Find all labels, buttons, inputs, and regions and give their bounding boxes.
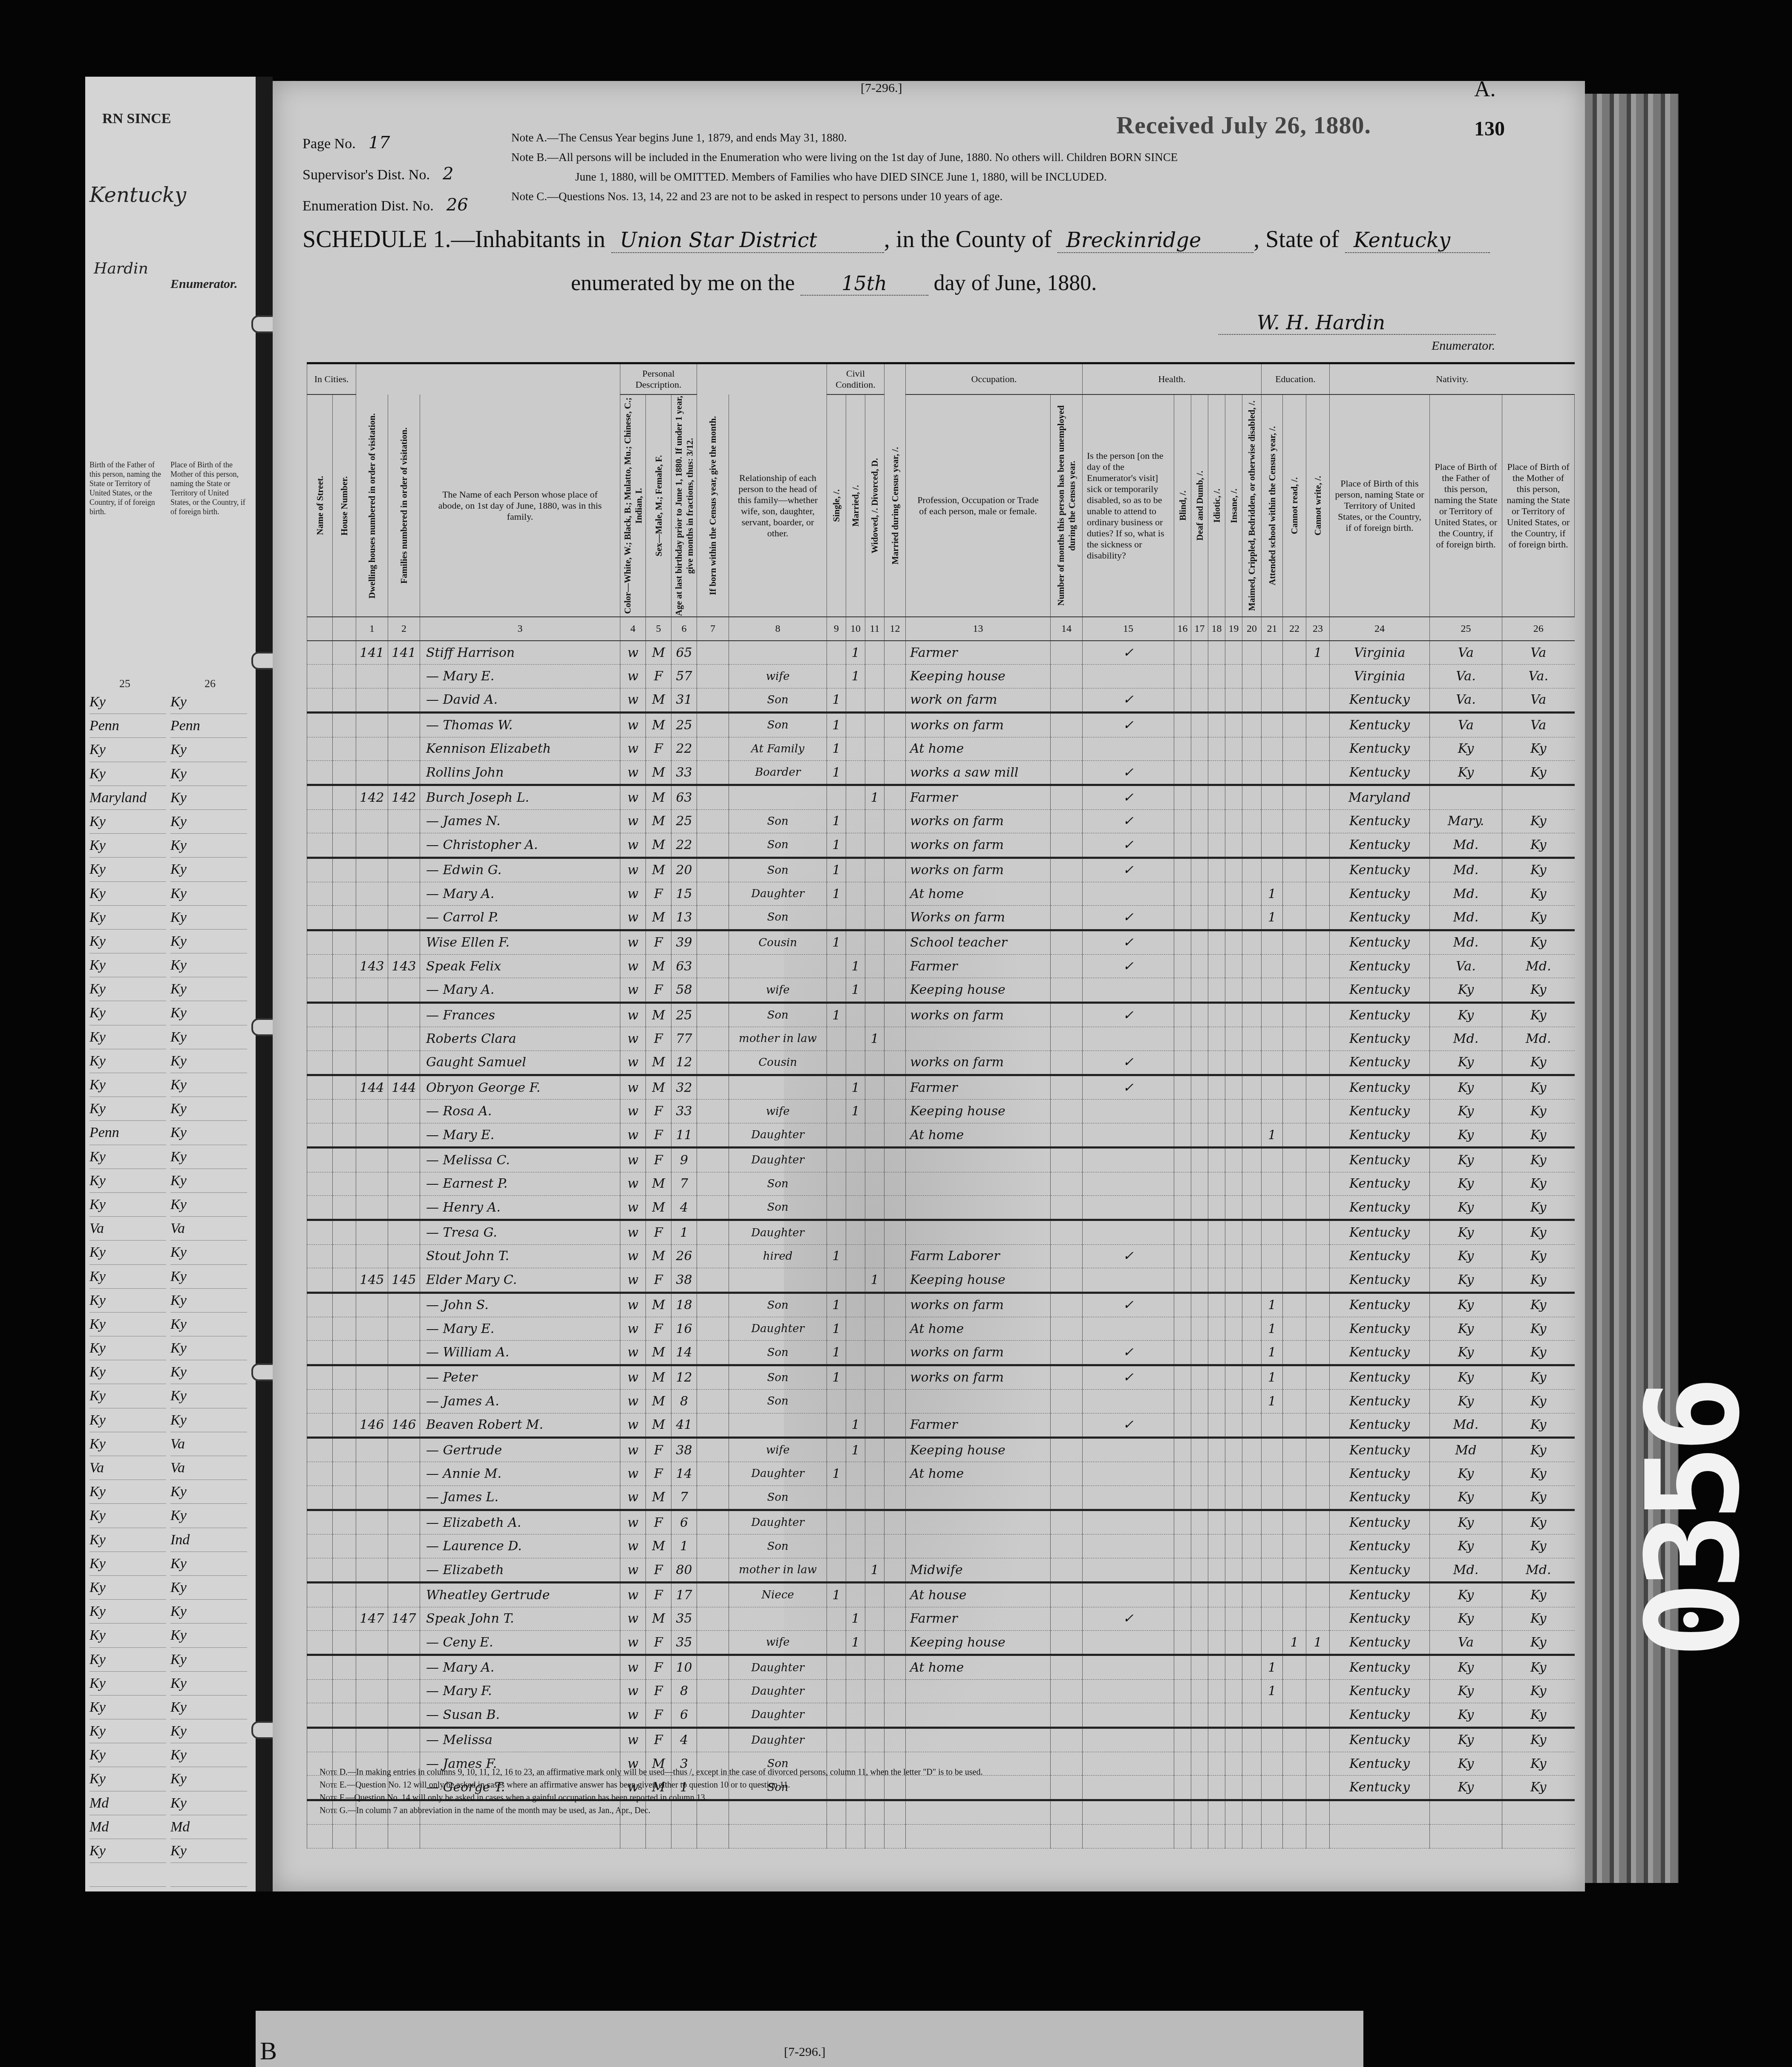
empty-cell (1242, 1123, 1262, 1147)
cell-mpob: Ky (1502, 1534, 1575, 1558)
empty-cell (1051, 1631, 1083, 1655)
empty-cell (1191, 1776, 1208, 1800)
cell-fam (388, 1051, 420, 1075)
cell-rel (729, 1607, 827, 1630)
cell-school (1262, 1100, 1283, 1123)
empty-cell (1208, 1607, 1225, 1630)
empty-cell (884, 1437, 906, 1462)
empty-cell (1208, 1195, 1225, 1220)
cell-single (827, 978, 846, 1002)
column-number: 13 (906, 617, 1051, 641)
empty-cell (1051, 955, 1083, 978)
cell-occ (906, 1727, 1051, 1752)
cell-single: 1 (827, 688, 846, 712)
empty-cell (307, 1534, 333, 1558)
cell-occ (906, 1679, 1051, 1703)
cell-school (1262, 1558, 1283, 1582)
empty-cell (307, 1365, 333, 1389)
empty-cell (333, 1148, 356, 1172)
cell-school (1262, 978, 1283, 1002)
cell-single (827, 785, 846, 809)
cell-sex: M (646, 1365, 671, 1389)
left-page-cell: Ky (89, 1696, 166, 1719)
empty-cell (1208, 1800, 1225, 1824)
cell-married (846, 1365, 865, 1389)
empty-cell (333, 760, 356, 785)
cell-pob: Kentucky (1330, 1437, 1430, 1462)
left-page-col25-header: Birth of the Father of this person, nami… (89, 460, 166, 516)
cell-pob: Kentucky (1330, 1051, 1430, 1075)
empty-cell (1174, 1510, 1191, 1534)
empty-cell (1208, 760, 1225, 785)
column-number: 26 (1502, 617, 1575, 641)
cell-sick: ✓ (1083, 1051, 1174, 1075)
cell-pob: Kentucky (1330, 833, 1430, 858)
empty-cell (1242, 1727, 1262, 1752)
cell-school (1262, 1727, 1283, 1752)
left-page-cell: Penn (89, 1121, 166, 1145)
column-number: 22 (1283, 617, 1306, 641)
column-number (307, 617, 333, 641)
cell-sick: ✓ (1083, 1365, 1174, 1389)
cell-rel (729, 955, 827, 978)
cell-single (827, 1268, 846, 1293)
empty-cell (1242, 1172, 1262, 1195)
column-number: 10 (846, 617, 865, 641)
cell-occ: Farmer (906, 1607, 1051, 1630)
cell-fpob: Ky (1430, 1365, 1502, 1389)
cell-single (827, 1825, 846, 1848)
cell-color: w (620, 1558, 646, 1582)
left-page-cell: Ky (170, 1504, 247, 1528)
empty-cell (697, 1485, 729, 1510)
column-header-row: Name of Street. House Number. Dwelling h… (307, 394, 1575, 617)
column-number: 18 (1208, 617, 1225, 641)
cell-school (1262, 1002, 1283, 1027)
empty-cell (333, 1220, 356, 1244)
cell-cr (1283, 1607, 1306, 1630)
cell-cr (1283, 641, 1306, 665)
census-row: — Mary E.wF16Daughter1At home1KentuckyKy… (307, 1317, 1575, 1340)
cell-sick: ✓ (1083, 930, 1174, 954)
empty-cell (1051, 1679, 1083, 1703)
left-page-cell: Ky (170, 953, 247, 977)
empty-cell (697, 1655, 729, 1679)
empty-cell (884, 1485, 906, 1510)
cell-mpob: Ky (1502, 1100, 1575, 1123)
cell-name: Burch Joseph L. (420, 785, 620, 809)
col-10: Married, /. (846, 394, 865, 617)
left-page-cell: Ky (170, 1336, 247, 1360)
census-row: — Mary A.wF58wife1Keeping houseKentuckyK… (307, 978, 1575, 1002)
cell-cw (1306, 760, 1330, 785)
empty-cell (333, 1583, 356, 1607)
empty-cell (1225, 713, 1242, 737)
cell-fam (388, 713, 420, 737)
column-number: 9 (827, 617, 846, 641)
col-12: Married during Census year, /. (884, 394, 906, 617)
cell-widowed (865, 1002, 884, 1027)
left-page-cell: Ky (89, 1624, 166, 1647)
cell-single (827, 1195, 846, 1220)
cell-occ: work on farm (906, 688, 1051, 712)
empty-cell (1208, 858, 1225, 882)
cell-age: 38 (671, 1437, 697, 1462)
cell-school (1262, 1220, 1283, 1244)
empty-cell (1242, 1631, 1262, 1655)
empty-cell (1191, 1631, 1208, 1655)
cell-widowed (865, 1148, 884, 1172)
left-page-cell: Ky (89, 1193, 166, 1217)
cell-occ: Works on farm (906, 906, 1051, 930)
cell-pob: Kentucky (1330, 1727, 1430, 1752)
cell-rel: Boarder (729, 760, 827, 785)
cell-sick: ✓ (1083, 833, 1174, 858)
empty-cell (884, 906, 906, 930)
left-page-cell: Ky (170, 1719, 247, 1743)
cell-fpob: Va (1430, 713, 1502, 737)
left-page-cell: Ky (170, 1193, 247, 1217)
cell-sick (1083, 737, 1174, 760)
empty-cell (1174, 713, 1191, 737)
empty-cell (697, 1437, 729, 1462)
cell-school (1262, 1148, 1283, 1172)
cell-name: Kennison Elizabeth (420, 737, 620, 760)
empty-cell (884, 1655, 906, 1679)
empty-cell (1174, 1727, 1191, 1752)
cell-cw (1306, 1365, 1330, 1389)
cell-color: w (620, 665, 646, 688)
cell-age: 8 (671, 1679, 697, 1703)
empty-cell (333, 1027, 356, 1051)
empty-cell (1051, 1534, 1083, 1558)
cell-cr (1283, 1268, 1306, 1293)
cell-fam: 147 (388, 1607, 420, 1630)
cell-cr (1283, 1075, 1306, 1100)
census-row: 144144Obryon George F.wM321Farmer✓Kentuc… (307, 1075, 1575, 1100)
empty-cell (1242, 665, 1262, 688)
cell-dw (356, 1825, 388, 1848)
empty-cell (697, 882, 729, 905)
cell-fam (388, 1100, 420, 1123)
enumeration-label: Enumeration Dist. No. (303, 198, 434, 214)
cell-cw (1306, 1703, 1330, 1727)
cell-rel: mother in law (729, 1558, 827, 1582)
empty-cell (1051, 1317, 1083, 1340)
cell-pob: Kentucky (1330, 882, 1430, 905)
left-page-cell: Ky (89, 882, 166, 906)
cell-age: 65 (671, 641, 697, 665)
cell-color: w (620, 1148, 646, 1172)
empty-cell (333, 1413, 356, 1437)
census-row: — Rosa A.wF33wife1Keeping houseKentuckyK… (307, 1100, 1575, 1123)
empty-cell (1242, 785, 1262, 809)
empty-cell (1051, 1341, 1083, 1365)
cell-married: 1 (846, 665, 865, 688)
cell-name: — James L. (420, 1485, 620, 1510)
cell-pob: Virginia (1330, 665, 1430, 688)
footer-note: Note D.—In making entries in columns 9, … (320, 1766, 982, 1779)
cell-cr (1283, 978, 1306, 1002)
cell-cr: 1 (1283, 1631, 1306, 1655)
cell-rel (729, 1268, 827, 1293)
cell-widowed (865, 1244, 884, 1268)
cell-fpob: Ky (1430, 1534, 1502, 1558)
empty-cell (1208, 1027, 1225, 1051)
cell-rel: Son (729, 1390, 827, 1413)
empty-cell (1208, 955, 1225, 978)
cell-married: 1 (846, 641, 865, 665)
census-row: — Mary A.wF15Daughter1At home1KentuckyMd… (307, 882, 1575, 905)
cell-married (846, 1051, 865, 1075)
empty-cell (333, 1123, 356, 1147)
empty-cell (1174, 1244, 1191, 1268)
empty-cell (1051, 1655, 1083, 1679)
empty-cell (333, 1679, 356, 1703)
cell-occ: Keeping house (906, 665, 1051, 688)
cell-cr (1283, 1100, 1306, 1123)
cell-name: — Melissa (420, 1727, 620, 1752)
empty-cell (307, 858, 333, 882)
empty-cell (884, 930, 906, 954)
cell-color: w (620, 1100, 646, 1123)
cell-cr (1283, 1510, 1306, 1534)
cell-dw (356, 1655, 388, 1679)
empty-cell (1051, 809, 1083, 833)
cell-mpob: Md. (1502, 1558, 1575, 1582)
empty-cell (1208, 1123, 1225, 1147)
cell-widowed (865, 713, 884, 737)
cell-age: 22 (671, 833, 697, 858)
district-name: Union Star District (611, 228, 884, 253)
empty-cell (1174, 1655, 1191, 1679)
empty-cell (884, 1220, 906, 1244)
cell-pob: Kentucky (1330, 1679, 1430, 1703)
empty-cell (884, 882, 906, 905)
empty-cell (1242, 978, 1262, 1002)
empty-cell (884, 833, 906, 858)
empty-cell (1225, 1293, 1242, 1317)
cell-color: w (620, 1462, 646, 1485)
cell-widowed (865, 858, 884, 882)
column-number-row: 1234567891011121314151617181920212223242… (307, 617, 1575, 641)
cell-cr (1283, 1534, 1306, 1558)
empty-cell (333, 1462, 356, 1485)
cell-dw (356, 688, 388, 712)
cell-pob: Kentucky (1330, 1172, 1430, 1195)
cell-occ (906, 1027, 1051, 1051)
cell-married: 1 (846, 1100, 865, 1123)
cell-rel: Son (729, 833, 827, 858)
cell-widowed (865, 1100, 884, 1123)
cell-sick (1083, 978, 1174, 1002)
empty-cell (1051, 713, 1083, 737)
schedule-prefix: SCHEDULE 1.—Inhabitants in (303, 226, 605, 253)
cell-cr (1283, 1776, 1306, 1800)
cell-cw (1306, 1002, 1330, 1027)
cell-sex: F (646, 1510, 671, 1534)
cell-single (827, 1437, 846, 1462)
cell-occ (906, 1220, 1051, 1244)
empty-cell (884, 785, 906, 809)
cell-sex: M (646, 1390, 671, 1413)
empty-cell (1208, 833, 1225, 858)
cell-rel: Son (729, 1485, 827, 1510)
cell-dw (356, 906, 388, 930)
cell-name: — Carrol P. (420, 906, 620, 930)
empty-cell (1051, 1220, 1083, 1244)
cell-married (846, 1703, 865, 1727)
cell-name: — Christopher A. (420, 833, 620, 858)
note-a: Note A.—The Census Year begins June 1, 1… (511, 128, 1449, 147)
cell-cr (1283, 1123, 1306, 1147)
cell-pob: Kentucky (1330, 1341, 1430, 1365)
empty-cell (307, 737, 333, 760)
cell-sex: F (646, 1317, 671, 1340)
cell-mpob: Ky (1502, 809, 1575, 833)
empty-cell (333, 1293, 356, 1317)
enumeration-dist: 26 (447, 195, 468, 215)
empty-cell (1191, 955, 1208, 978)
census-row: — Carrol P.wM13SonWorks on farm✓1Kentuck… (307, 906, 1575, 930)
cell-occ: Farmer (906, 785, 1051, 809)
cell-cw (1306, 1027, 1330, 1051)
cell-sex: M (646, 760, 671, 785)
empty-cell (1242, 641, 1262, 665)
cell-sex: M (646, 1413, 671, 1437)
census-row: 146146Beaven Robert M.wM411Farmer✓Kentuc… (307, 1413, 1575, 1437)
empty-cell (1191, 833, 1208, 858)
left-page-cell: Ky (89, 1360, 166, 1384)
empty-cell (1225, 1800, 1242, 1824)
empty-cell (307, 1341, 333, 1365)
cell-fpob: Ky (1430, 1075, 1502, 1100)
cell-school (1262, 688, 1283, 712)
empty-cell (1225, 1075, 1242, 1100)
col-22: Cannot read, /. (1283, 394, 1306, 617)
empty-cell (333, 1703, 356, 1727)
cell-dw (356, 665, 388, 688)
cell-rel: Son (729, 1172, 827, 1195)
empty-cell (1051, 978, 1083, 1002)
cell-pob: Kentucky (1330, 1002, 1430, 1027)
empty-cell (1242, 1220, 1262, 1244)
col-20: Maimed, Crippled, Bedridden, or otherwis… (1242, 394, 1262, 617)
cell-name: Obryon George F. (420, 1075, 620, 1100)
cell-widowed (865, 688, 884, 712)
cell-fam: 142 (388, 785, 420, 809)
cell-age: 31 (671, 688, 697, 712)
census-row: Wheatley GertrudewF17Niece1At houseKentu… (307, 1583, 1575, 1607)
census-row: Stout John T.wM26hired1Farm Laborer✓Kent… (307, 1244, 1575, 1268)
cell-pob: Kentucky (1330, 1752, 1430, 1775)
cell-cr (1283, 1341, 1306, 1365)
cell-name: — Laurence D. (420, 1534, 620, 1558)
empty-cell (884, 688, 906, 712)
cell-single (827, 665, 846, 688)
cell-single: 1 (827, 1244, 846, 1268)
cell-name: — Elizabeth (420, 1558, 620, 1582)
left-page-col25-num: 25 (119, 677, 130, 690)
cell-mpob: Ky (1502, 737, 1575, 760)
cell-fam (388, 1195, 420, 1220)
cell-cw (1306, 688, 1330, 712)
cell-sex: F (646, 665, 671, 688)
cell-fpob: Ky (1430, 1002, 1502, 1027)
cell-fam (388, 1655, 420, 1679)
cell-rel: Daughter (729, 1220, 827, 1244)
empty-cell (333, 1268, 356, 1293)
cell-mpob: Ky (1502, 858, 1575, 882)
cell-married: 1 (846, 1631, 865, 1655)
empty-cell (884, 1679, 906, 1703)
empty-cell (1174, 1195, 1191, 1220)
cell-rel (729, 1825, 827, 1848)
empty-cell (884, 737, 906, 760)
empty-cell (1225, 1631, 1242, 1655)
empty-cell (333, 713, 356, 737)
empty-cell (1051, 688, 1083, 712)
cell-sick (1083, 1317, 1174, 1340)
left-page-cell: Ind (170, 1528, 247, 1552)
empty-cell (1174, 1800, 1191, 1824)
footer-note: Note E.—Question No. 12 will only be ask… (320, 1779, 982, 1791)
cell-sick (1083, 1727, 1174, 1752)
empty-cell (884, 955, 906, 978)
empty-cell (333, 688, 356, 712)
cell-married (846, 1341, 865, 1365)
cell-pob: Kentucky (1330, 1583, 1430, 1607)
left-page-cell: Ky (89, 1767, 166, 1791)
empty-cell (697, 1727, 729, 1752)
cell-widowed (865, 1583, 884, 1607)
empty-cell (1191, 1752, 1208, 1775)
cell-fpob: Va. (1430, 955, 1502, 978)
empty-cell (307, 1293, 333, 1317)
empty-cell (1174, 1002, 1191, 1027)
cell-color: w (620, 1510, 646, 1534)
cell-widowed (865, 906, 884, 930)
census-page: [7-296.] A. 130 Received July 26, 1880. … (273, 81, 1585, 1891)
cell-rel: Daughter (729, 1655, 827, 1679)
cell-widowed (865, 1365, 884, 1389)
cell-widowed (865, 665, 884, 688)
empty-cell (307, 1462, 333, 1485)
empty-cell (1174, 1631, 1191, 1655)
cell-pob: Kentucky (1330, 1703, 1430, 1727)
cell-color: w (620, 1293, 646, 1317)
cell-widowed (865, 1390, 884, 1413)
empty-cell (1225, 930, 1242, 954)
cell-cw (1306, 906, 1330, 930)
cell-sex: F (646, 1727, 671, 1752)
cell-pob (1330, 1800, 1430, 1824)
column-number: 7 (697, 617, 729, 641)
cell-age: 6 (671, 1510, 697, 1534)
cell-dw (356, 1727, 388, 1752)
cell-dw (356, 1485, 388, 1510)
left-page-cell: Ky (170, 1552, 247, 1576)
empty-cell (1051, 1727, 1083, 1752)
empty-cell (697, 930, 729, 954)
empty-cell (1191, 978, 1208, 1002)
left-page-cell: Ky (89, 1073, 166, 1097)
cell-married (846, 1679, 865, 1703)
cell-widowed (865, 1075, 884, 1100)
cell-sex: M (646, 1534, 671, 1558)
cell-sick: ✓ (1083, 1002, 1174, 1027)
empty-cell (1225, 1148, 1242, 1172)
